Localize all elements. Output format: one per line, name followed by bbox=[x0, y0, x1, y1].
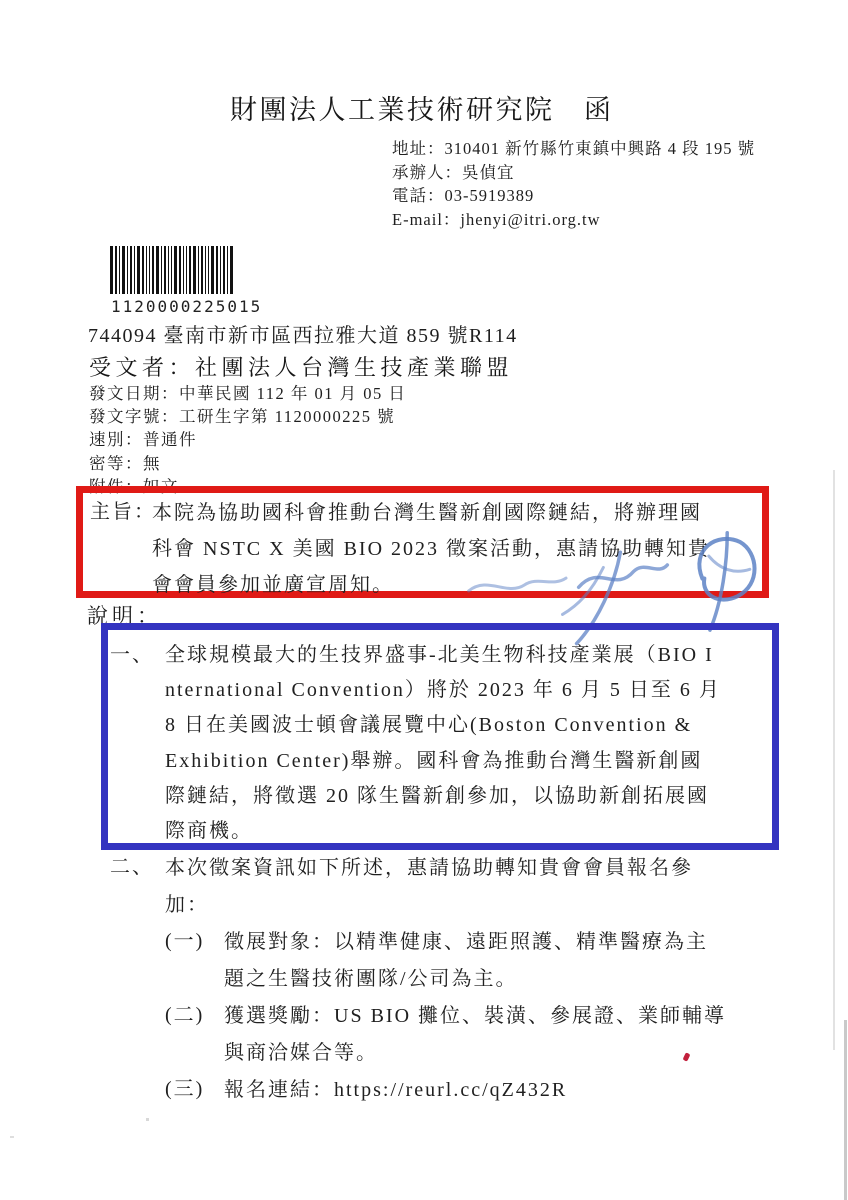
sender-info-block: 地址：310401 新竹縣竹東鎮中興路 4 段 195 號 承辦人：吳偵宜 電話… bbox=[392, 137, 755, 231]
meta-doc-number: 發文字號：工研生字第 1120000225 號 bbox=[89, 405, 406, 428]
sub-item-3-text: 報名連結：https://reurl.cc/qZ432R bbox=[224, 1072, 567, 1109]
document-title: 財團法人工業技術研究院 函 bbox=[230, 88, 614, 127]
item1-text: 全球規模最大的生技界盛事-北美生物科技產業展（BIO I nternationa… bbox=[165, 638, 721, 849]
scan-artifact-speck bbox=[10, 1136, 14, 1138]
sender-contact-person: 承辦人：吳偵宜 bbox=[392, 161, 755, 185]
sub-item-2-label: (二) bbox=[165, 998, 224, 1027]
meta-priority: 速別：普通件 bbox=[89, 428, 406, 451]
explanation-item2: 二、 本次徵案資訊如下所述，惠請協助轉知貴會會員報名參 加： bbox=[110, 850, 693, 924]
scanned-letter-page: 財團法人工業技術研究院 函 地址：310401 新竹縣竹東鎮中興路 4 段 19… bbox=[0, 0, 848, 1200]
addressee-line: 受文者：社團法人台灣生技產業聯盟 bbox=[89, 351, 513, 382]
subject-label: 主旨： bbox=[90, 495, 152, 524]
document-meta-block: 發文日期：中華民國 112 年 01 月 05 日 發文字號：工研生字第 112… bbox=[89, 382, 406, 498]
scan-artifact-edge-line bbox=[833, 470, 835, 1050]
sub-item-1-label: (一) bbox=[165, 924, 224, 953]
sub-item-2-text: 獲選獎勵：US BIO 攤位、裝潢、參展證、業師輔導 與商洽媒合等。 bbox=[224, 998, 726, 1072]
sub-item-3-label: (三) bbox=[165, 1072, 224, 1101]
explanation-item1-highlight-box: 一、 全球規模最大的生技界盛事-北美生物科技產業展（BIO I nternati… bbox=[101, 623, 779, 850]
sender-phone: 電話：03-5919389 bbox=[392, 184, 755, 208]
registration-url: 報名連結：https://reurl.cc/qZ432R bbox=[224, 1072, 567, 1109]
item2-label: 二、 bbox=[110, 850, 165, 879]
sub-item-1-text: 徵展對象：以精準健康、遠距照護、精準醫療為主 題之生醫技術團隊/公司為主。 bbox=[224, 924, 708, 998]
item1-label: 一、 bbox=[110, 638, 165, 667]
meta-date: 發文日期：中華民國 112 年 01 月 05 日 bbox=[89, 382, 406, 405]
scan-artifact-speck bbox=[146, 1118, 149, 1121]
sender-address: 地址：310401 新竹縣竹東鎮中興路 4 段 195 號 bbox=[392, 137, 755, 161]
meta-classification: 密等：無 bbox=[89, 452, 406, 475]
recipient-mail-address: 744094 臺南市新市區西拉雅大道 859 號R114 bbox=[88, 319, 518, 348]
sub-item-1: (一) 徵展對象：以精準健康、遠距照護、精準醫療為主 題之生醫技術團隊/公司為主… bbox=[165, 924, 708, 998]
item2-text: 本次徵案資訊如下所述，惠請協助轉知貴會會員報名參 加： bbox=[165, 850, 693, 924]
scan-artifact-edge-line bbox=[844, 1020, 847, 1200]
sub-item-2: (二) 獲選獎勵：US BIO 攤位、裝潢、參展證、業師輔導 與商洽媒合等。 bbox=[165, 998, 726, 1072]
barcode-number: 1120000225015 bbox=[111, 297, 262, 316]
barcode-icon bbox=[110, 246, 235, 294]
sub-item-3: (三) 報名連結：https://reurl.cc/qZ432R bbox=[165, 1072, 567, 1109]
sender-email: E-mail：jhenyi@itri.org.tw bbox=[392, 208, 755, 232]
